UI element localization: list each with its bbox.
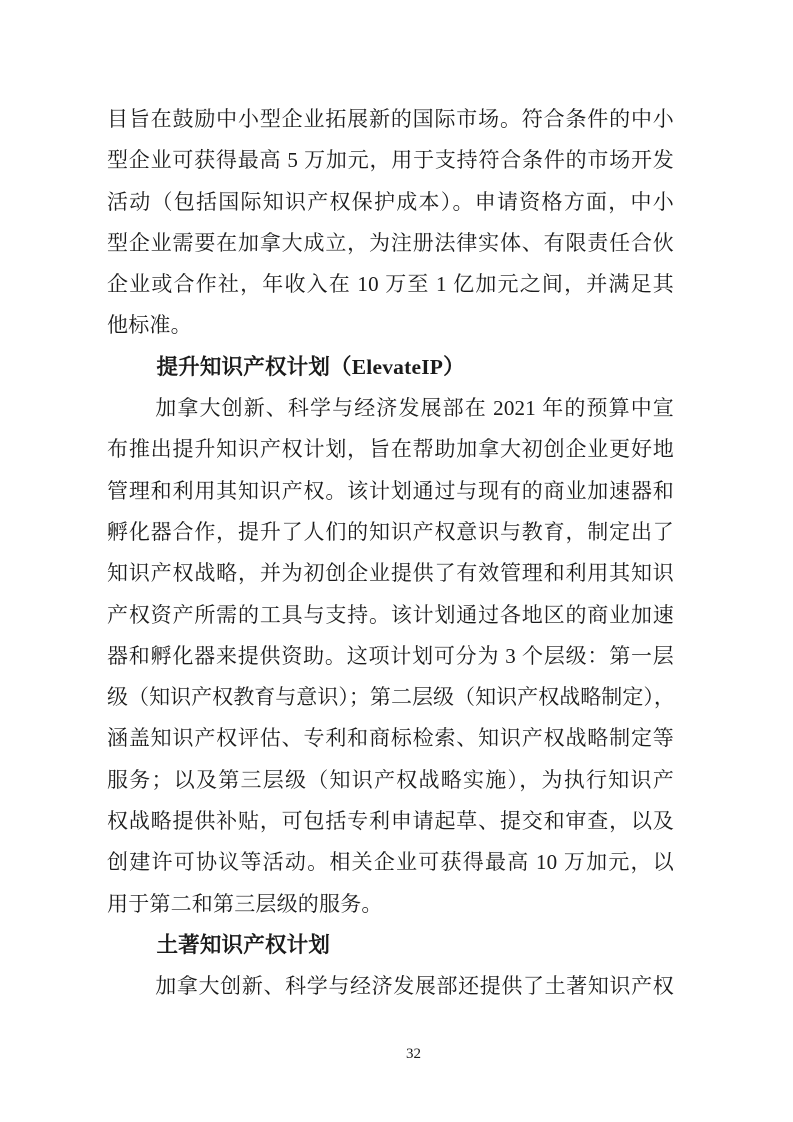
text-line: 他标准。 [107, 305, 674, 346]
text-line: 产权资产所需的工具与支持。该计划通过各地区的商业加速 [107, 595, 674, 636]
section-heading-elevateip: 提升知识产权计划（ElevateIP） [107, 347, 674, 388]
text-line: 服务；以及第三层级（知识产权战略实施），为执行知识产 [107, 760, 674, 801]
text-line: 加拿大创新、科学与经济发展部在 2021 年的预算中宣 [107, 388, 674, 429]
page-number: 32 [17, 1045, 793, 1063]
text-line: 活动（包括国际知识产权保护成本）。申请资格方面，中小 [107, 182, 674, 223]
text-line: 器和孵化器来提供资助。这项计划可分为 3 个层级：第一层 [107, 636, 674, 677]
text-line: 用于第二和第三层级的服务。 [107, 884, 674, 925]
text-line: 加拿大创新、科学与经济发展部还提供了土著知识产权 [107, 966, 674, 1007]
text-line: 涵盖知识产权评估、专利和商标检索、知识产权战略制定等 [107, 718, 674, 759]
document-page: 目旨在鼓励中小型企业拓展新的国际市场。符合条件的中小 型企业可获得最高 5 万加… [0, 0, 793, 1122]
text-line: 管理和利用其知识产权。该计划通过与现有的商业加速器和 [107, 471, 674, 512]
section-heading-indigenous-ip: 土著知识产权计划 [107, 925, 674, 966]
page-body: 目旨在鼓励中小型企业拓展新的国际市场。符合条件的中小 型企业可获得最高 5 万加… [107, 99, 674, 1008]
text-line: 创建许可协议等活动。相关企业可获得最高 10 万加元，以 [107, 842, 674, 883]
text-line: 权战略提供补贴，可包括专利申请起草、提交和审查，以及 [107, 801, 674, 842]
text-line: 知识产权战略，并为初创企业提供了有效管理和利用其知识 [107, 553, 674, 594]
text-line: 孵化器合作，提升了人们的知识产权意识与教育，制定出了 [107, 512, 674, 553]
text-line: 目旨在鼓励中小型企业拓展新的国际市场。符合条件的中小 [107, 99, 674, 140]
text-line: 型企业需要在加拿大成立，为注册法律实体、有限责任合伙 [107, 223, 674, 264]
text-line: 布推出提升知识产权计划，旨在帮助加拿大初创企业更好地 [107, 429, 674, 470]
text-line: 企业或合作社，年收入在 10 万至 1 亿加元之间，并满足其 [107, 264, 674, 305]
text-line: 型企业可获得最高 5 万加元，用于支持符合条件的市场开发 [107, 140, 674, 181]
text-line: 级（知识产权教育与意识）；第二层级（知识产权战略制定）， [107, 677, 674, 718]
